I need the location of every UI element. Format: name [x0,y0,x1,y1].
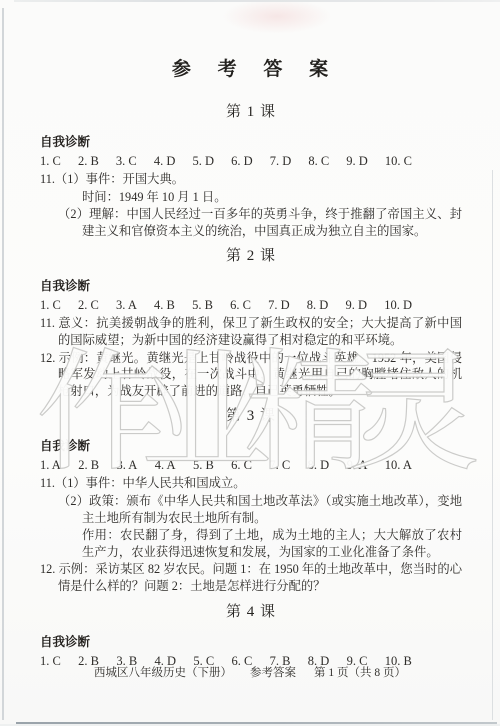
footer-page-number: 第 1 页（共 8 页） [314,667,406,679]
answer-item: 3. A [116,297,137,314]
red-ink-smudge [222,2,332,34]
answer-item: 5. B [192,297,213,314]
answer-item: 2. C [78,297,99,314]
answer-paragraph: 11.（1）事件：开国大典。 [40,171,462,188]
self-check-heading: 自我诊断 [40,134,462,150]
answer-item: 9. D [346,153,368,170]
sections-container: 第 1 课自我诊断1. C2. B3. C4. D5. D6. D7. D8. … [0,103,500,670]
answer-paragraph: （2）理解：中国人民经过一百多年的英勇斗争，终于推翻了帝国主义、封建主义和官僚资… [58,206,462,239]
answer-item: 8. D [307,297,329,314]
footer-book-title: 西城区八年级历史（下册） [94,667,232,679]
lesson-section-3: 第 3 课自我诊断1. A2. B3. A4. A5. B6. C7. C8. … [40,407,462,594]
answer-item: 9. A [347,457,368,474]
answer-paragraph: 11.（1）事件：中华人民共和国成立。 [40,475,462,492]
page-edge-top [14,0,500,2]
choice-answers-row: 1. C2. B3. C4. D5. D6. D7. D8. C9. D10. … [40,153,412,170]
answer-item: 1. A [40,457,61,474]
answer-item: 10. D [384,297,412,314]
answer-item: 5. B [193,457,214,474]
answer-item: 6. C [230,297,251,314]
answer-paragraph: 12. 示例：采访某区 82 岁农民。问题 1：在 1950 年的土地改革中，您… [40,561,462,594]
scanned-answer-page: 参 考 答 案 第 1 课自我诊断1. C2. B3. C4. D5. D6. … [0,0,500,726]
self-check-heading: 自我诊断 [40,634,462,650]
document-title: 参 考 答 案 [0,58,500,82]
answer-item: 7. C [269,457,290,474]
answer-item: 4. B [154,297,175,314]
answer-paragraph: 作用：农民翻了身，得到了土地，成为土地的主人；大大解放了农村生产力，农业获得迅速… [82,527,462,560]
answer-item: 10. C [385,153,412,170]
answer-item: 3. C [116,153,137,170]
answer-item: 7. D [268,297,290,314]
answer-item: 2. B [78,153,99,170]
answer-item: 8. D [308,457,330,474]
answer-paragraph: 12. 示例：黄继光。黄继光是上甘岭战役中的一位战斗英雄。1952 年，美国侵略… [40,350,462,400]
answer-item: 1. C [40,297,61,314]
footer-section-label: 参考答案 [250,667,296,679]
answer-item: 6. D [231,153,253,170]
choice-answers-row: 1. A2. B3. A4. A5. B6. C7. C8. D9. A10. … [40,457,412,474]
lesson-title: 第 1 课 [40,103,462,121]
answer-item: 1. C [40,153,61,170]
lesson-title: 第 4 课 [40,603,462,621]
answer-item: 8. C [308,153,329,170]
answer-paragraph: 时间：1949 年 10 月 1 日。 [82,189,462,206]
self-check-heading: 自我诊断 [40,438,462,454]
lesson-section-1: 第 1 课自我诊断1. C2. B3. C4. D5. D6. D7. D8. … [40,103,462,239]
answer-item: 4. A [155,457,176,474]
lesson-section-2: 第 2 课自我诊断1. C2. C3. A4. B5. B6. C7. D8. … [40,247,462,399]
answer-item: 6. C [231,457,252,474]
page-footer: 西城区八年级历史（下册）参考答案第 1 页（共 8 页） [0,666,500,681]
lesson-title: 第 2 课 [40,247,462,265]
lesson-title: 第 3 课 [40,407,462,425]
answer-paragraph: （2）政策：颁布《中华人民共和国土地改革法》（或实施土地改革），变地主土地所有制… [58,493,462,526]
self-check-heading: 自我诊断 [40,278,462,294]
answer-item: 3. A [116,457,137,474]
answer-item: 2. B [78,457,99,474]
answer-item: 10. A [385,457,412,474]
choice-answers-row: 1. C2. C3. A4. B5. B6. C7. D8. D9. D10. … [40,297,412,314]
answer-item: 9. D [346,297,368,314]
lesson-section-4: 第 4 课自我诊断1. C2. B3. B4. D5. C6. C7. B8. … [40,603,462,670]
answer-item: 7. D [270,153,292,170]
answer-item: 4. D [154,153,176,170]
answer-paragraph: 11. 意义：抗美援朝战争的胜利，保卫了新生政权的安全；大大提高了新中国的国际威… [40,315,462,348]
answer-item: 5. D [192,153,214,170]
